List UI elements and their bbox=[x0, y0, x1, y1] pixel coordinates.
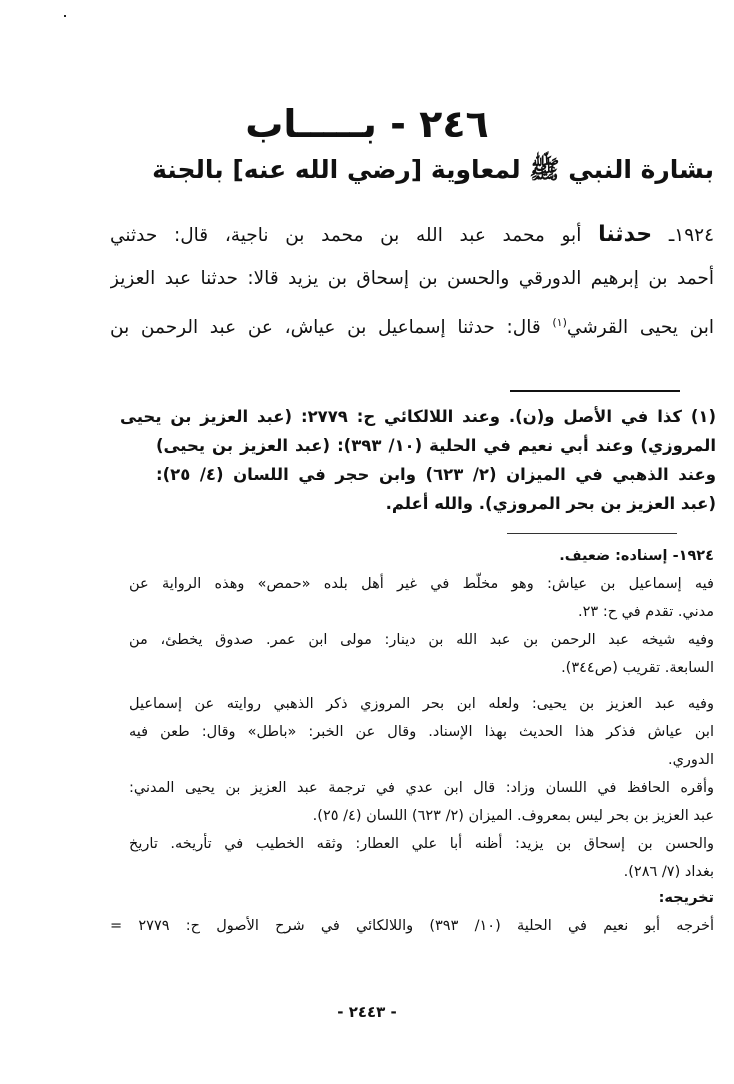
hadith-line: ابن يحيى القرشي(١) قال: حدثنا إسماعيل بن… bbox=[110, 301, 714, 345]
page-number: - ٢٤٤٣ - bbox=[0, 1000, 734, 1024]
hadith-lead-word: حدثنا bbox=[598, 222, 652, 247]
book-page: ٢٤٦ - بـــــاب بشارة النبي ﷺ لمعاوية [رض… bbox=[0, 0, 734, 1084]
commentary-heading: ١٩٢٤- إسناده: ضعيف. bbox=[110, 542, 714, 570]
scan-speck bbox=[64, 15, 66, 17]
commentary-line: الدوري. bbox=[129, 746, 714, 774]
footnote-line: (عبد العزيز بن بحر المروزي). والله أعلم. bbox=[156, 489, 716, 518]
commentary-line: وفيه شيخه عبد الرحمن بن عبد الله بن دينا… bbox=[129, 626, 714, 654]
hadith-line: ١٩٢٤ـ حدثنا أبو محمد عبد الله بن محمد بن… bbox=[110, 213, 714, 257]
commentary-line: السابعة. تقريب (ص٣٤٤). bbox=[129, 654, 714, 682]
commentary-line: بغداد (٧/ ٢٨٦). bbox=[129, 858, 714, 886]
hadith-line: أحمد بن إبرهيم الدورقي والحسن بن إسحاق ب… bbox=[110, 257, 714, 301]
takhrij-heading: تخريجه: bbox=[110, 884, 714, 912]
hadith-number: ١٩٢٤ـ bbox=[669, 225, 714, 246]
chapter-title: بشارة النبي ﷺ لمعاوية [رضي الله عنه] بال… bbox=[110, 150, 714, 190]
commentary-line: وفيه عبد العزيز بن يحيى: ولعله ابن بحر ا… bbox=[129, 690, 714, 718]
commentary-divider bbox=[507, 533, 677, 534]
footnote-reference[interactable]: (١) bbox=[552, 316, 567, 329]
footnote-line: (١) كذا في الأصل و(ن). وعند اللالكائي ح:… bbox=[120, 402, 716, 431]
commentary-line: عبد العزيز بن بحر ليس بمعروف. الميزان (٢… bbox=[129, 802, 714, 830]
commentary-line: وأقره الحافظ في اللسان وزاد: قال ابن عدي… bbox=[129, 774, 714, 802]
commentary-line: ابن عياش فذكر هذا الحديث بهذا الإسناد. و… bbox=[129, 718, 714, 746]
takhrij-line: أخرجه أبو نعيم في الحلية (١٠/ ٣٩٣) واللا… bbox=[110, 912, 714, 940]
chapter-heading: ٢٤٦ - بـــــاب bbox=[0, 100, 734, 148]
footnote-divider bbox=[510, 390, 680, 392]
footnote-line: المروزي) وعند أبي نعيم في الحلية (١٠/ ٣٩… bbox=[156, 431, 716, 460]
commentary-line: والحسن بن إسحاق بن يزيد: أظنه أبا علي ال… bbox=[129, 830, 714, 858]
commentary-line: فيه إسماعيل بن عياش: وهو مخلّط في غير أه… bbox=[129, 570, 714, 598]
commentary-line: مدني. تقدم في ح: ٢٣. bbox=[129, 598, 714, 626]
footnote-line: وعند الذهبي في الميزان (٢/ ٦٢٣) وابن حجر… bbox=[156, 460, 716, 489]
